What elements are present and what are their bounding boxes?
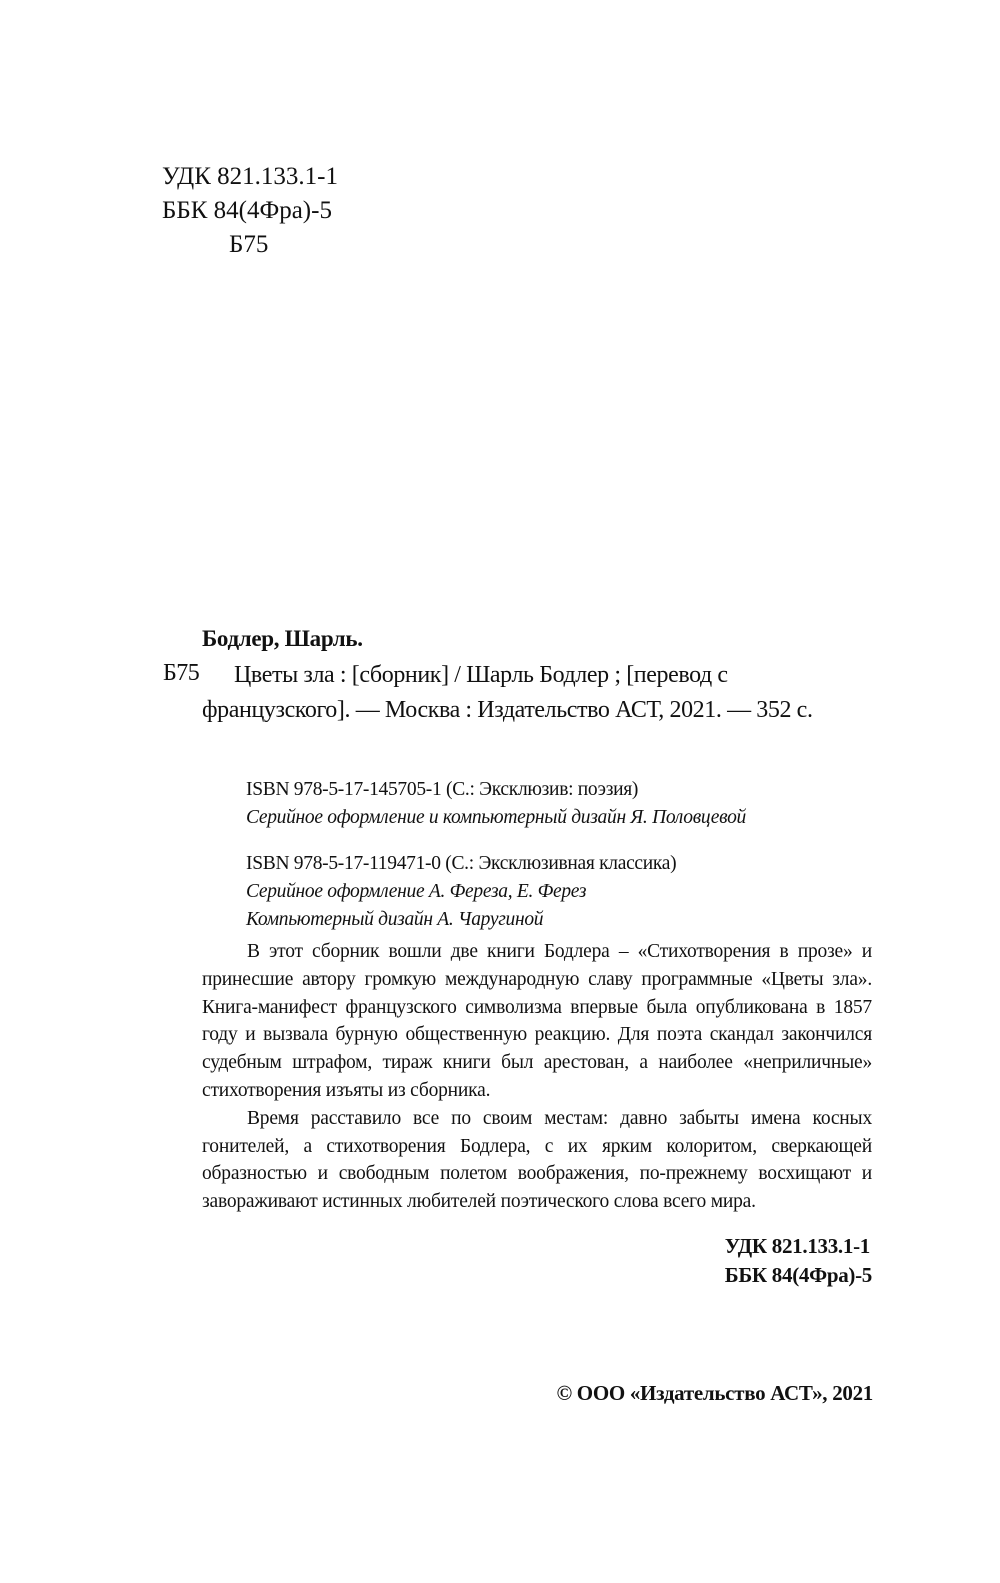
udk-code: УДК 821.133.1-1 bbox=[725, 1232, 872, 1261]
copyright-notice: © ООО «Издательство АСТ», 2021 bbox=[556, 1381, 873, 1406]
design-credit: Компьютерный дизайн А. Чаругиной bbox=[246, 906, 676, 934]
design-credit: Серийное оформление А. Фереза, Е. Ферез bbox=[246, 878, 676, 906]
bibliographic-description: Цветы зла : [сборник] / Шарль Бодлер ; [… bbox=[202, 658, 872, 728]
author-sign: Б75 bbox=[162, 228, 338, 262]
annotation: В этот сборник вошли две книги Бодлера –… bbox=[202, 938, 872, 1216]
isbn-number: ISBN 978-5-17-145705-1 (С.: Эксклюзив: п… bbox=[246, 776, 746, 804]
isbn-entry: ISBN 978-5-17-145705-1 (С.: Эксклюзив: п… bbox=[246, 776, 746, 832]
isbn-number: ISBN 978-5-17-119471-0 (С.: Эксклюзивная… bbox=[246, 850, 676, 878]
bbk-code: ББК 84(4Фра)-5 bbox=[162, 194, 338, 228]
author-heading: Бодлер, Шарль. bbox=[202, 626, 363, 652]
annotation-paragraph: В этот сборник вошли две книги Бодлера –… bbox=[202, 938, 872, 1105]
bbk-code: ББК 84(4Фра)-5 bbox=[725, 1261, 872, 1290]
udk-code: УДК 821.133.1-1 bbox=[162, 160, 338, 194]
isbn-entry: ISBN 978-5-17-119471-0 (С.: Эксклюзивная… bbox=[246, 850, 676, 934]
classification-codes-header: УДК 821.133.1-1 ББК 84(4Фра)-5 Б75 bbox=[162, 160, 338, 262]
biblio-author-sign: Б75 bbox=[163, 660, 199, 687]
design-credit: Серийное оформление и компьютерный дизай… bbox=[246, 804, 746, 832]
classification-codes-footer: УДК 821.133.1-1 ББК 84(4Фра)-5 bbox=[725, 1232, 872, 1290]
description-text: Цветы зла : [сборник] / Шарль Бодлер ; [… bbox=[202, 662, 813, 723]
annotation-paragraph: Время расставило все по своим местам: да… bbox=[202, 1105, 872, 1216]
